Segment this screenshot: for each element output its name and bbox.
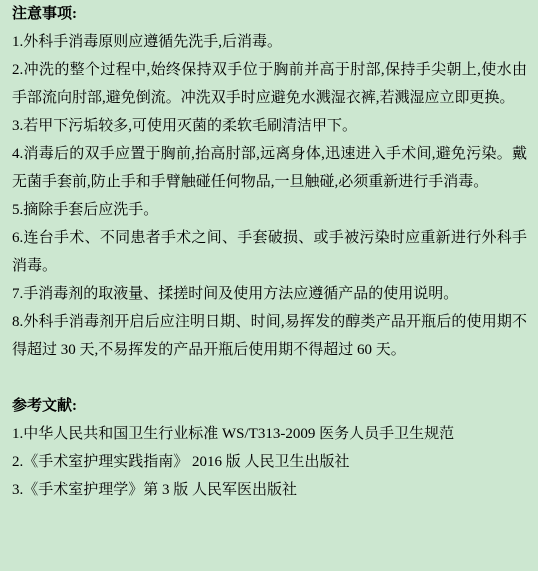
- section-gap: [12, 364, 527, 392]
- note-item-4: 4.消毒后的双手应置于胸前,抬高肘部,远离身体,迅速进入手术间,避免污染。戴无菌…: [12, 140, 527, 196]
- note-item-3: 3.若甲下污垢较多,可使用灭菌的柔软毛刷清洁甲下。: [12, 112, 527, 140]
- note-item-7: 7.手消毒剂的取液量、揉搓时间及使用方法应遵循产品的使用说明。: [12, 280, 527, 308]
- references-heading: 参考文献:: [12, 392, 527, 420]
- reference-item-2: 2.《手术室护理实践指南》 2016 版 人民卫生出版社: [12, 448, 527, 476]
- notes-heading: 注意事项:: [12, 0, 527, 28]
- reference-item-1: 1.中华人民共和国卫生行业标准 WS/T313-2009 医务人员手卫生规范: [12, 420, 527, 448]
- document-page: 注意事项: 1.外科手消毒原则应遵循先洗手,后消毒。 2.冲洗的整个过程中,始终…: [0, 0, 538, 571]
- note-item-6: 6.连台手术、不同患者手术之间、手套破损、或手被污染时应重新进行外科手消毒。: [12, 224, 527, 280]
- note-item-1: 1.外科手消毒原则应遵循先洗手,后消毒。: [12, 28, 527, 56]
- reference-item-3: 3.《手术室护理学》第 3 版 人民军医出版社: [12, 476, 527, 504]
- note-item-2: 2.冲洗的整个过程中,始终保持双手位于胸前并高于肘部,保持手尖朝上,使水由手部流…: [12, 56, 527, 112]
- note-item-5: 5.摘除手套后应洗手。: [12, 196, 527, 224]
- note-item-8: 8.外科手消毒剂开启后应注明日期、时间,易挥发的醇类产品开瓶后的使用期不得超过 …: [12, 308, 527, 364]
